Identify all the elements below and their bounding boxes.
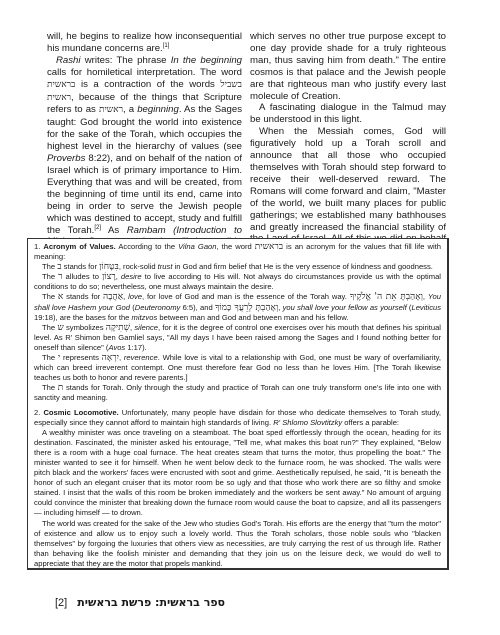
italic-term: beginning [137,104,179,115]
paragraph: The ש symbolizes שְׁתִיקָה, silence, for… [34,323,441,353]
hebrew-term: וְאָהַבְתָּ אֵת ה' אֱלֹקֶיךָ [350,292,423,302]
paragraph: The ר alludes to רָצוֹן, desire to live … [34,272,441,292]
footnotes-box: 1. Acronym of Values. According to the V… [27,238,449,570]
paragraph: The world was created for the sake of th… [34,519,441,569]
hebrew-term: בראשית [255,242,283,252]
hebrew-term: א [58,292,63,302]
hebrew-term: שְׁתִיקָה [106,323,130,333]
hebrew-term: וְאָהַבְתָּ לְרֵעֲךָ כָּמוֹךָ [215,303,278,313]
paragraph: The ב stands for בִּטָּחוֹן, rock-solid … [34,262,441,272]
italic-term: you shall love your fellow as yourself [283,303,407,312]
running-title: ספר בראשית: פרשת בראשית [77,596,225,609]
paragraph: A wealthy minister was once traveling on… [34,428,441,519]
italic-term: Proverbs [47,153,85,164]
hebrew-term: רָצוֹן [102,272,116,282]
note-heading: Acronym of Values. [43,242,115,251]
hebrew-term: י [58,353,60,363]
paragraph: which serves no other true purpose excep… [250,31,446,102]
paragraph: 2. Cosmic Locomotive. Unfortunately, man… [34,408,441,428]
hebrew-term: ת [58,383,64,393]
hebrew-term: יִרְאָה [102,353,119,363]
italic-term: love [128,292,142,301]
paragraph: 1. Acronym of Values. According to the V… [34,242,441,262]
italic-term: Vilna Gaon [178,242,216,251]
italic-term: reverence [124,353,158,362]
paragraph: The א stands for אַהֲבָה, love, for love… [34,292,441,322]
paragraph: A fascinating dialogue in the Talmud may… [250,102,446,126]
italic-term: R' Shlomo Slovtitzky [273,418,342,427]
hebrew-term: ב [57,262,61,272]
italic-term: Rashi [56,55,81,66]
italic-term: mitzvos [132,313,158,322]
italic-term: Deuteronomy [135,303,181,312]
footnote-ref: [1] [163,43,170,49]
hebrew-term: ר [58,272,62,282]
footnote-ref: [2] [94,224,101,230]
paragraph: The י represents יִרְאָה, reverence. Whi… [34,353,441,383]
main-text-left-column: will, he begins to realize how inconsequ… [47,31,242,272]
italic-term: Leviticus [411,303,441,312]
italic-term: trust [158,262,173,271]
page-number: [2] [55,597,67,609]
note-heading: Cosmic Locomotive. [43,408,118,417]
italic-term: In the beginning [171,55,242,66]
paragraph: The ת stands for Torah. Only through the… [34,383,441,403]
hebrew-term: בראשית [47,80,75,90]
hebrew-term: ראשית [99,105,123,115]
italic-term: silence [134,323,158,332]
italic-term: desire [121,272,142,281]
hebrew-term: ש [57,323,63,333]
italic-term: Avos [108,343,125,352]
hebrew-term: בִּטָּחוֹן [99,262,119,272]
hebrew-term: אַהֲבָה [103,292,123,302]
hebrew-term: בשביל ראשית [47,80,242,103]
page-footer: [2] ספר בראשית: פרשת בראשית [55,596,225,609]
paragraph: will, he begins to realize how inconsequ… [47,31,242,55]
